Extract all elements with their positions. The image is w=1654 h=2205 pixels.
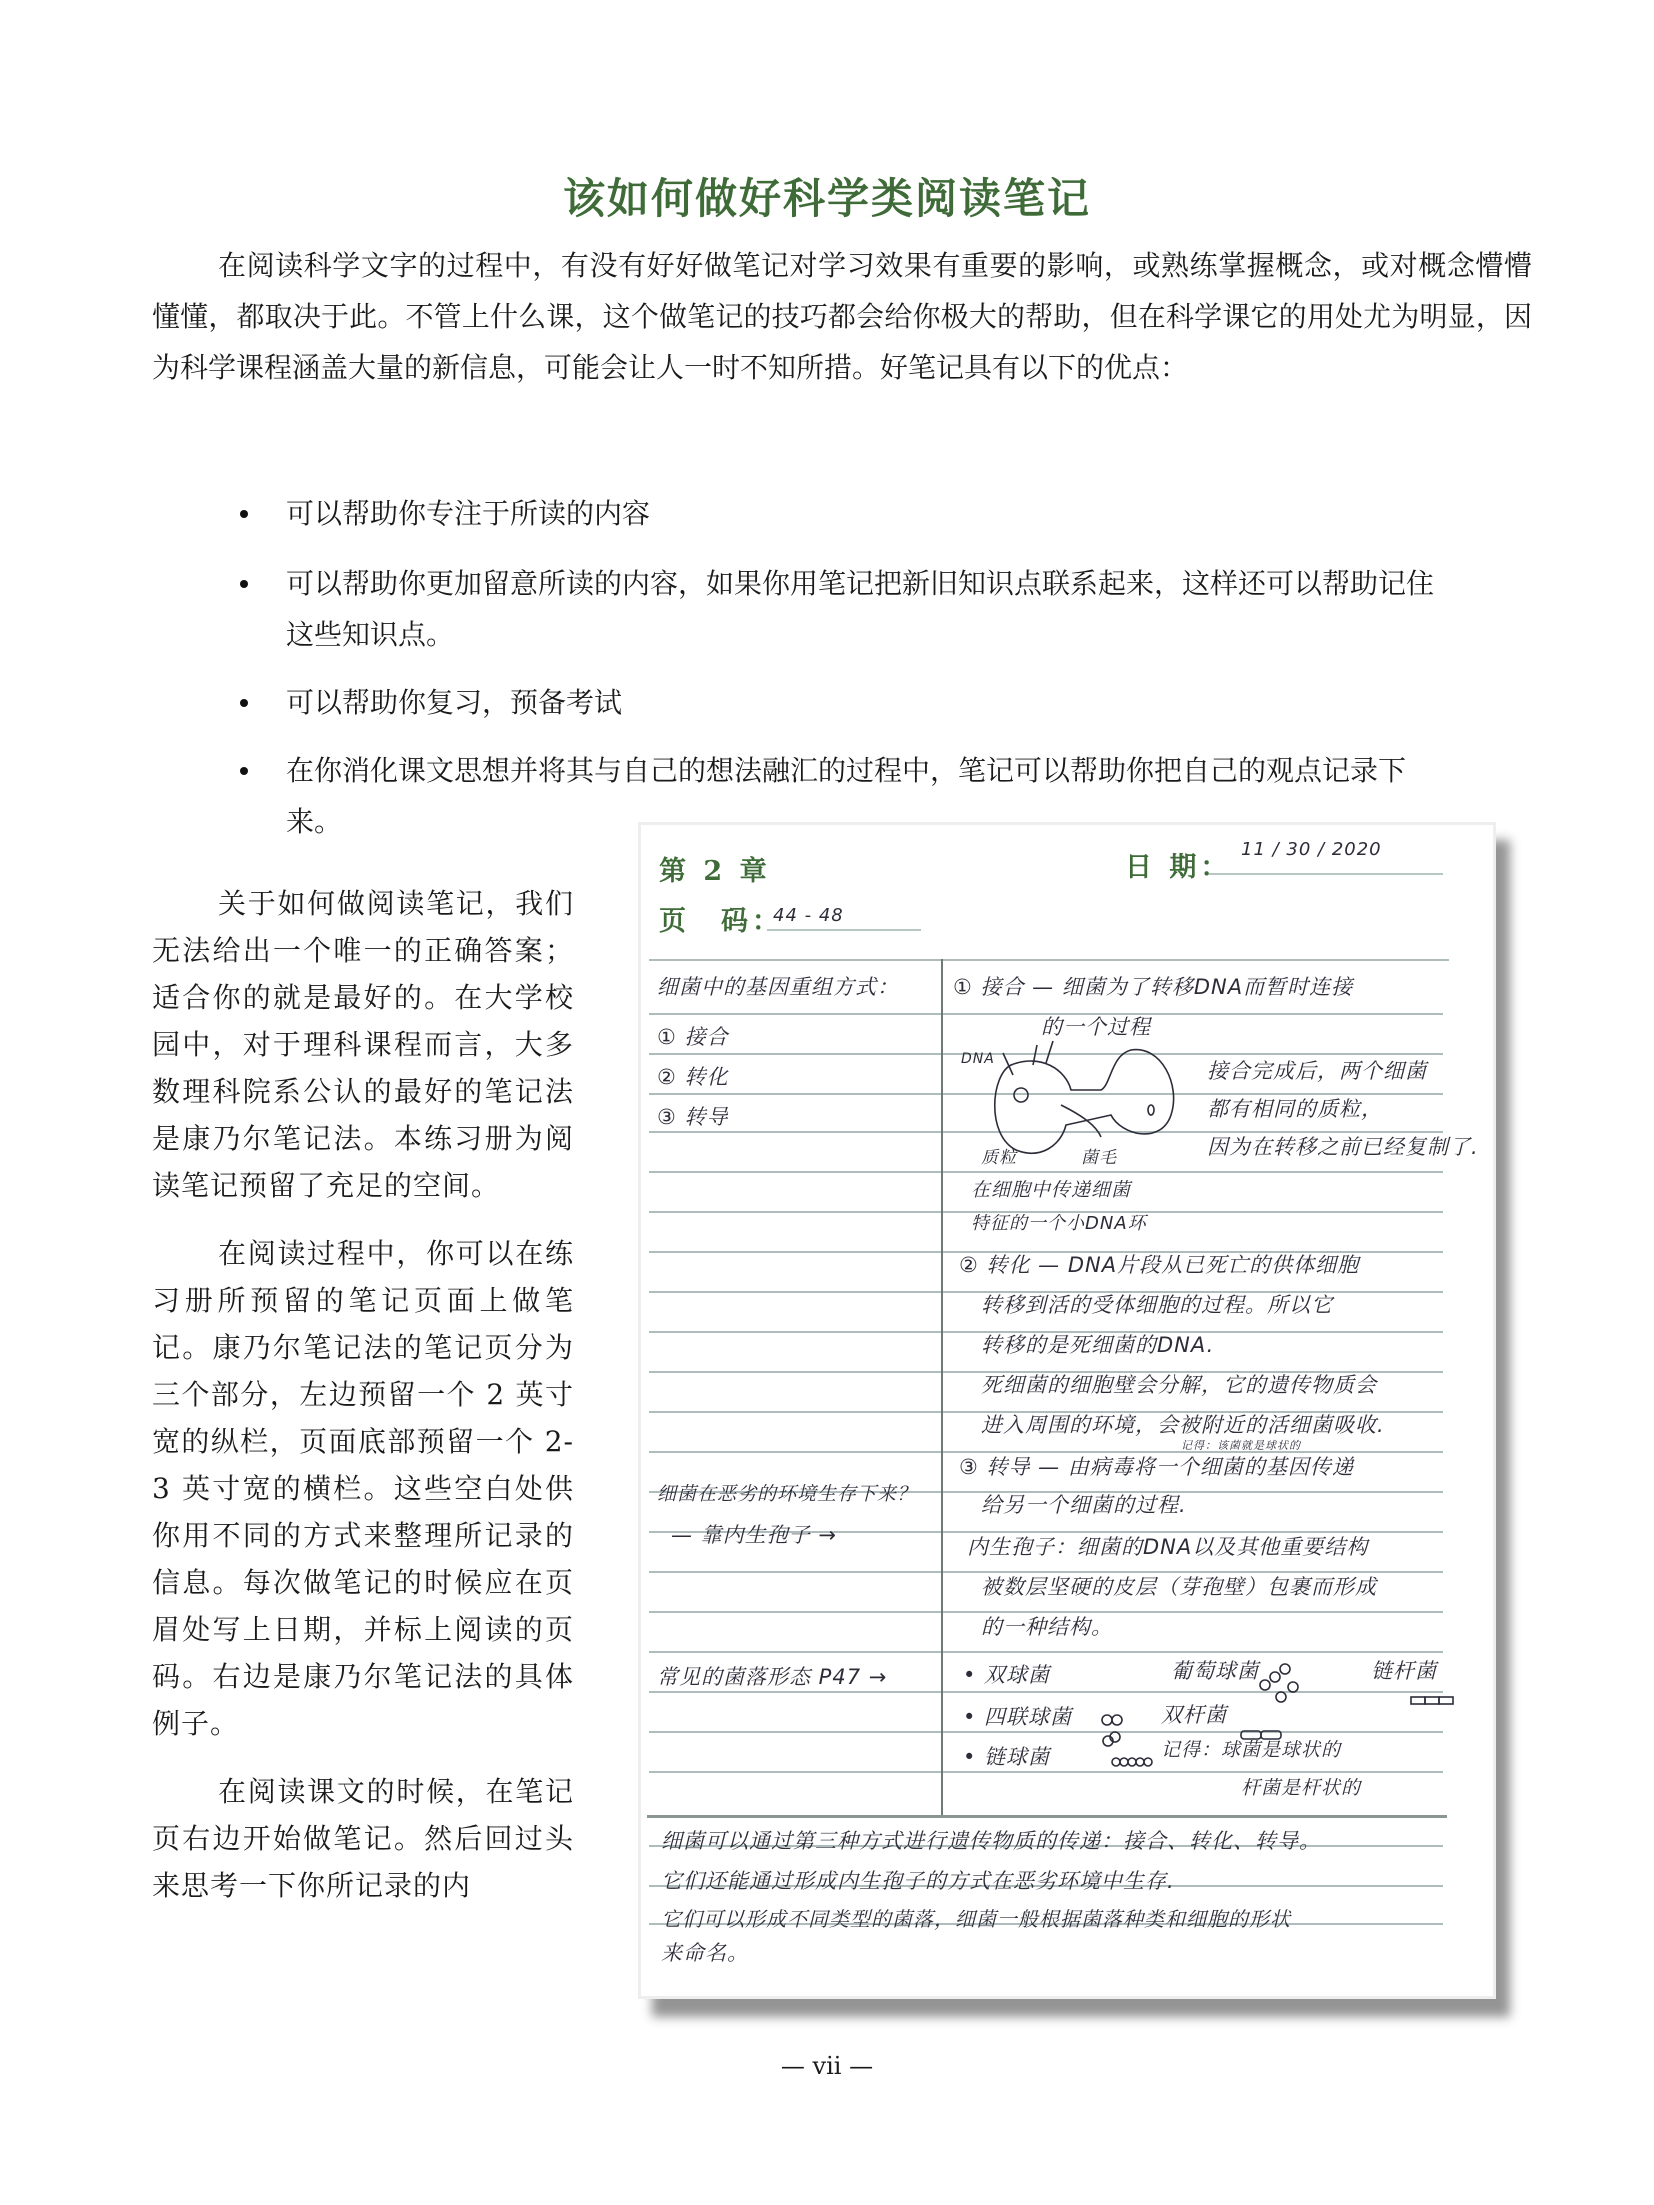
intro-paragraph: 在阅读科学文字的过程中，有没有好好做笔记对学习效果有重要的影响，或熟练掌握概念，… (152, 240, 1532, 393)
list-item: 可以帮助你专注于所读的内容 (152, 488, 1452, 539)
bullet-icon (240, 767, 248, 775)
summary-text: 细菌可以通过第三种方式进行遗传物质的传递：接合、转化、转导。 (661, 1825, 1321, 1855)
page-number: — vii — (0, 2052, 1654, 2080)
paragraph: 在阅读过程中，你可以在练习册所预留的笔记页面上做笔记。康乃尔笔记法的笔记页分为三… (152, 1230, 574, 1747)
paragraph: 关于如何做阅读笔记，我们无法给出一个唯一的正确答案；适合你的就是最好的。在大学校… (152, 880, 574, 1209)
paragraph: 在阅读课文的时候，在笔记页右边开始做笔记。然后回过头来思考一下你所记录的内 (152, 1768, 574, 1909)
list-item: 可以帮助你更加留意所读的内容，如果你用笔记把新旧知识点联系起来，这样还可以帮助记… (152, 558, 1452, 660)
page-title: 该如何做好科学类阅读笔记 (0, 166, 1654, 226)
summary-text: 它们可以形成不同类型的菌落，细菌一般根据菌落种类和细胞的形状 (661, 1903, 1291, 1932)
summary-text: 来命名。 (661, 1937, 749, 1967)
bacteria-sketch-icon (641, 825, 1493, 1996)
bullet-icon (240, 580, 248, 588)
bullet-icon (240, 510, 248, 518)
cornell-notes-example-image: 第 2 章 日 期： 11 / 30 / 2020 页 码： 44 - 48 细… (638, 822, 1496, 1999)
bullet-icon (240, 699, 248, 707)
list-item: 可以帮助你复习，预备考试 (152, 677, 1452, 728)
side-column-text: 关于如何做阅读笔记，我们无法给出一个唯一的正确答案；适合你的就是最好的。在大学校… (152, 880, 574, 1930)
summary-text: 它们还能通过形成内生孢子的方式在恶劣环境中生存. (661, 1865, 1175, 1895)
benefits-list: 可以帮助你专注于所读的内容 可以帮助你更加留意所读的内容，如果你用笔记把新旧知识… (152, 488, 1452, 864)
